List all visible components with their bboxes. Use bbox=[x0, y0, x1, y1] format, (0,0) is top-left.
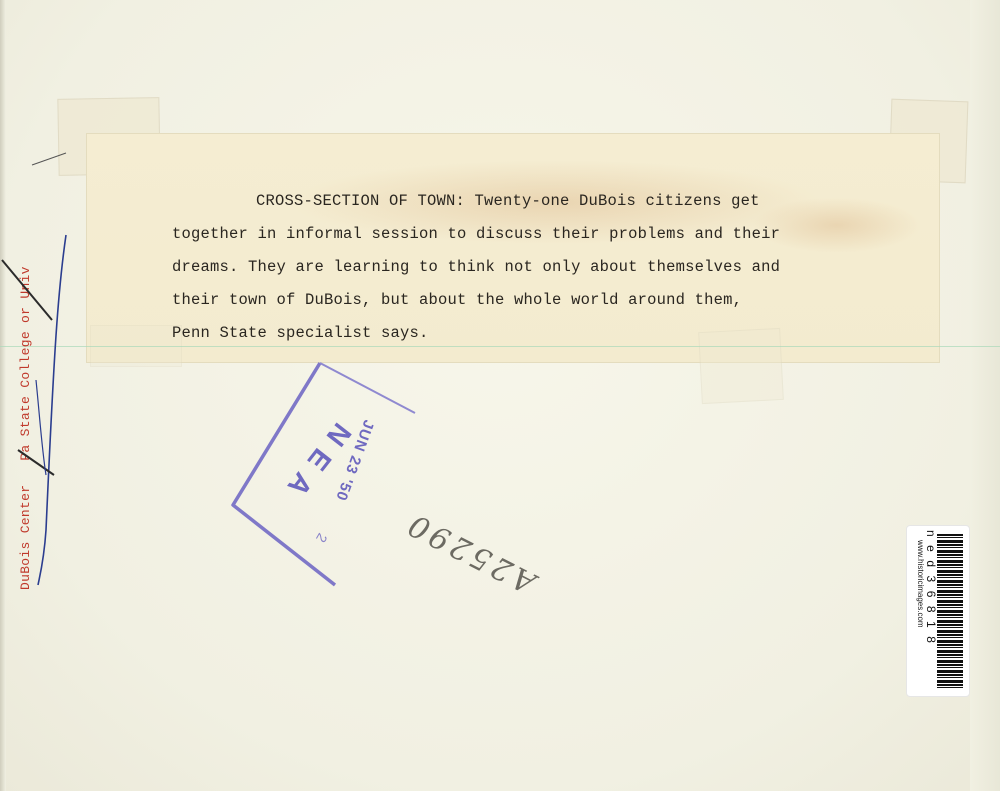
caption-line: their town of DuBois, but about the whol… bbox=[172, 284, 872, 317]
caption-line: together in informal session to discuss … bbox=[172, 218, 872, 251]
caption-line: dreams. They are learning to think not o… bbox=[172, 251, 872, 284]
caption-line: CROSS-SECTION OF TOWN: Twenty-one DuBois… bbox=[172, 185, 872, 218]
caption-line: Penn State specialist says. bbox=[172, 317, 872, 350]
barcode-bars bbox=[937, 534, 963, 690]
barcode-id: ned36818 bbox=[924, 530, 938, 651]
barcode-url: www.historicimages.com bbox=[916, 540, 925, 628]
pen-strike-marks bbox=[0, 230, 80, 590]
caption-text: CROSS-SECTION OF TOWN: Twenty-one DuBois… bbox=[172, 185, 872, 350]
page-right-edge bbox=[970, 0, 1000, 791]
pencil-tick bbox=[30, 150, 70, 170]
